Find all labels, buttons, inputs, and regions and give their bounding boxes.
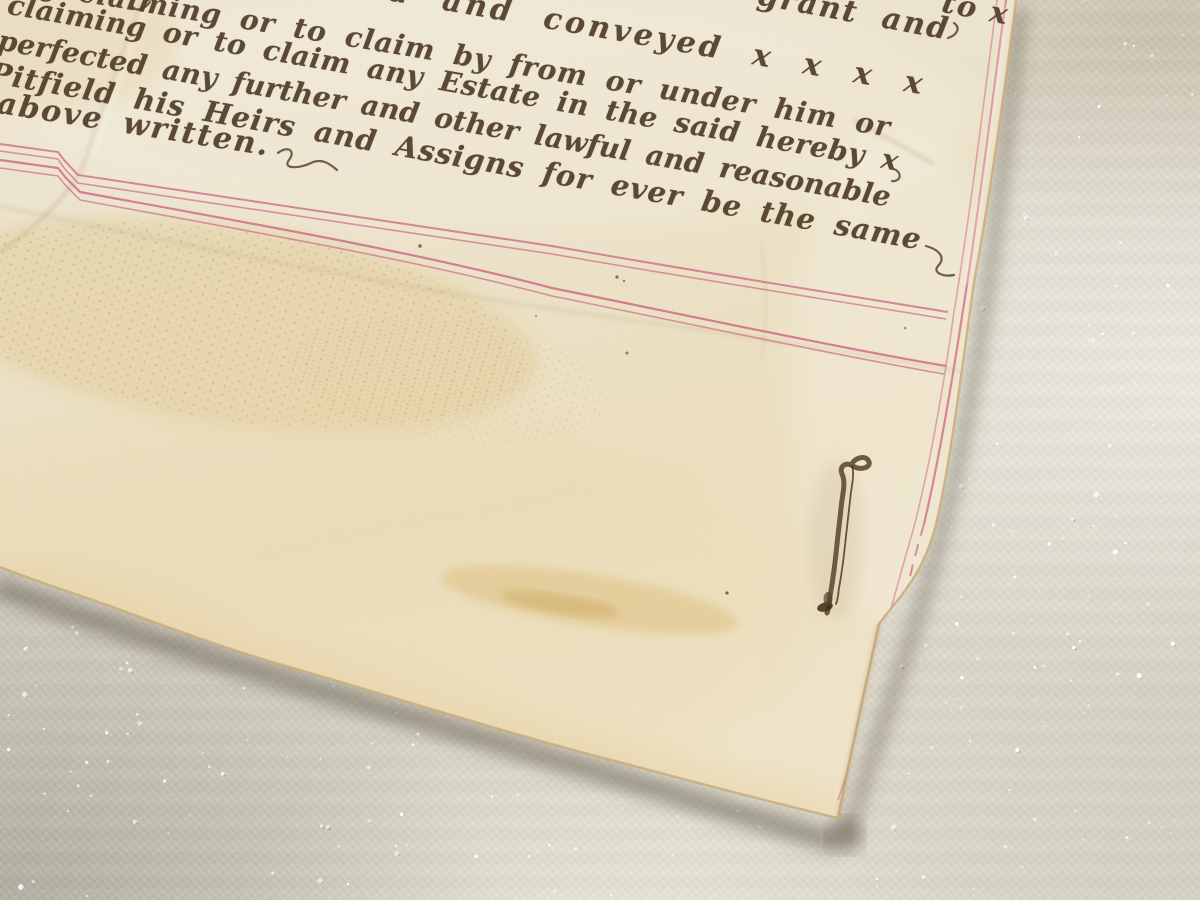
photo-of-vellum-deed: to x authority to grant and hereby grant…: [0, 0, 1200, 900]
